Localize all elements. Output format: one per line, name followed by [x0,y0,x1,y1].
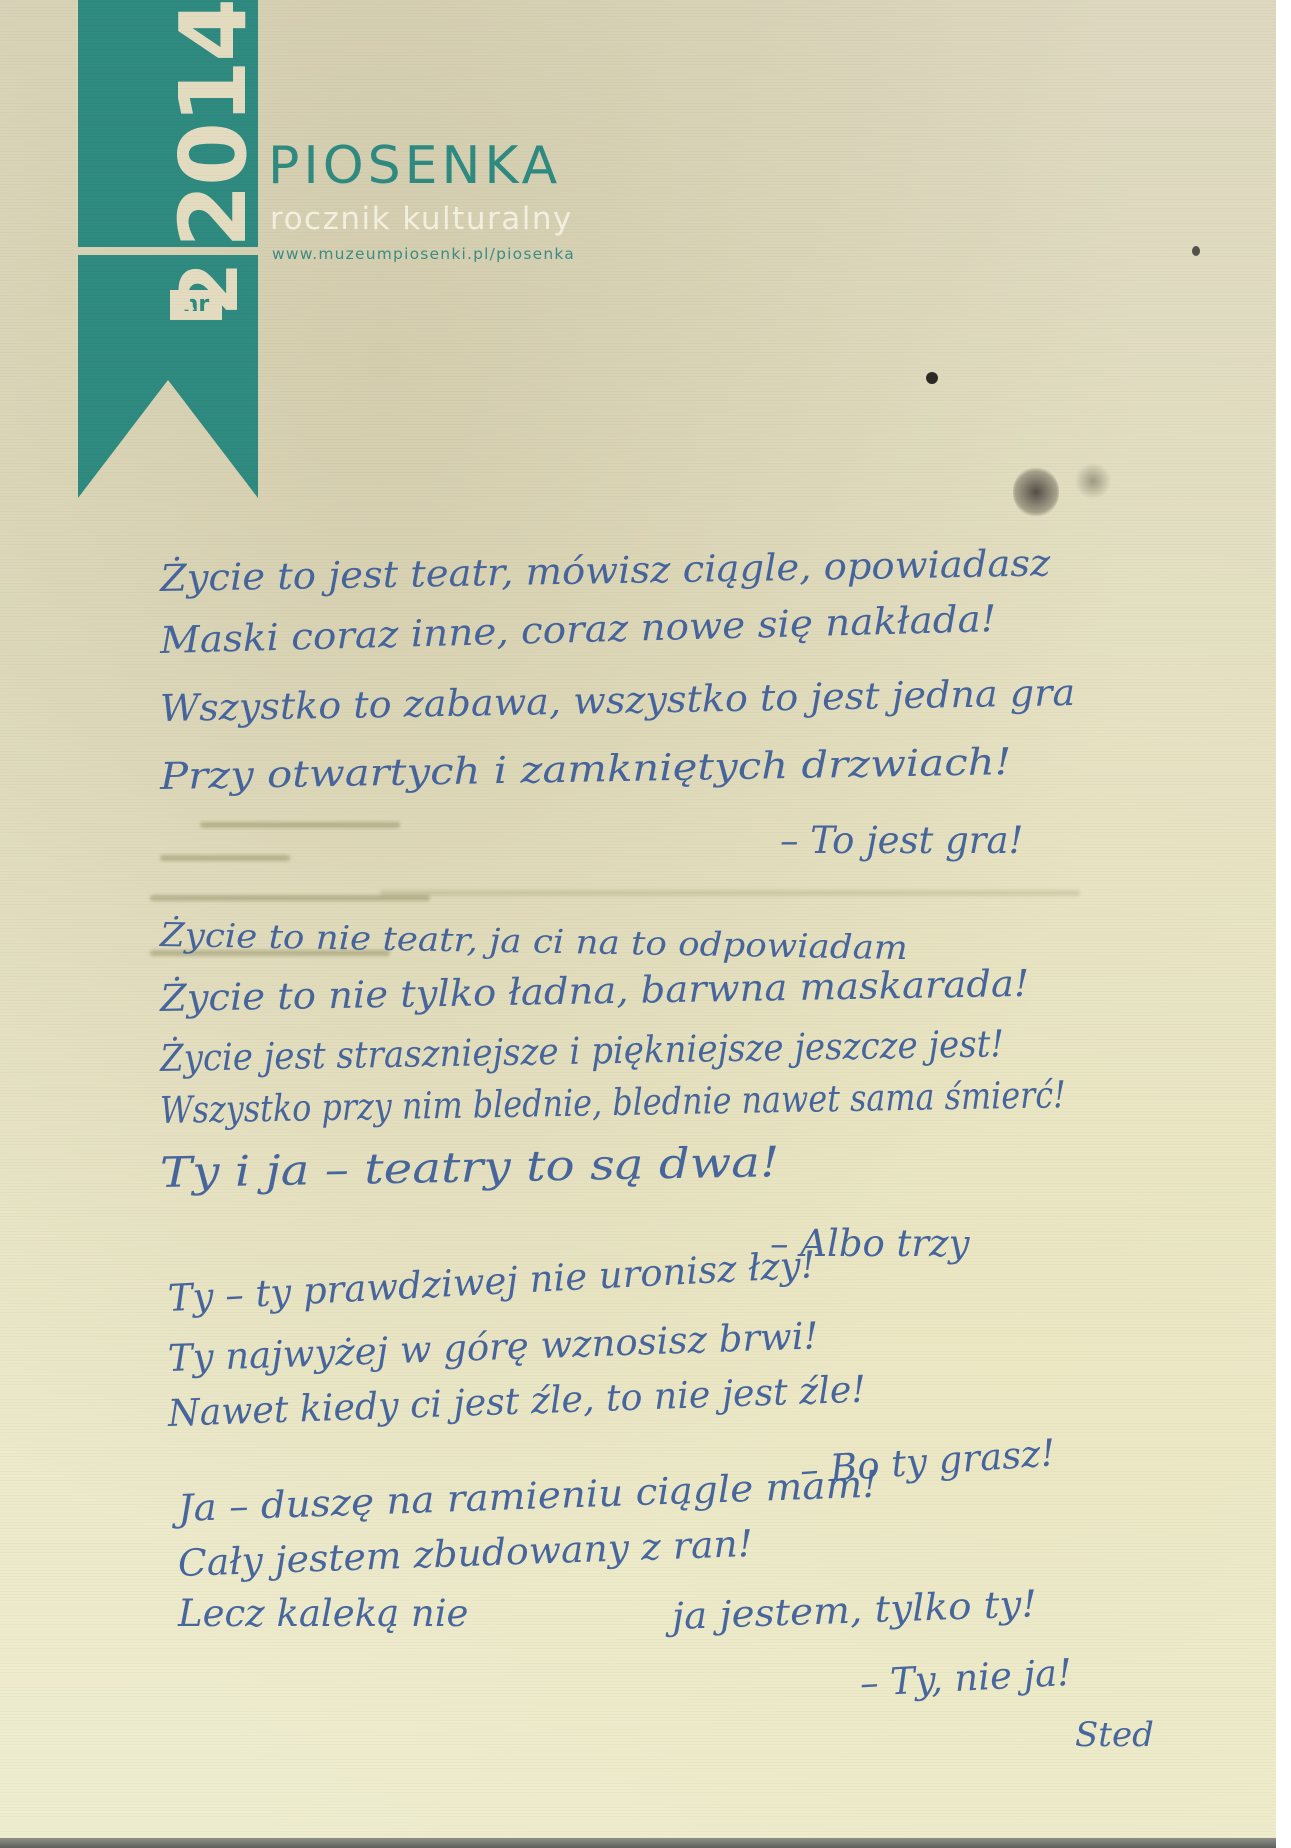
issue-year: 2014 [168,0,260,248]
lyric-line-refrain: – To jest gra! [780,822,1023,859]
lyric-line: Cały jestem zbudowany z ran! [177,1525,753,1582]
magazine-subtitle: rocznik kulturalny [270,204,573,235]
lyric-line: Wszystko przy nim blednie, blednie nawet… [160,1076,1067,1129]
ink-stain-small [1075,462,1111,500]
crease-mark [160,855,290,861]
lyric-line: Życie to nie tylko ładna, barwna maskara… [160,965,1030,1017]
lyric-line: Nawet kiedy ci jest źle, to nie jest źle… [167,1371,866,1432]
issue-number: 2 [172,262,250,316]
lyric-line: Maski coraz inne, coraz nowe się nakłada… [160,600,997,659]
magazine-cover: 2014 nr 2 PIOSENKA rocznik kulturalny ww… [0,0,1276,1838]
lyric-line: Ty najwyżej w górę wznosisz brwi! [167,1317,819,1377]
lyric-line: Wszystko to zabawa, wszystko to jest jed… [160,674,1076,727]
lyric-line: Przy otwartych i zamkniętych drzwiach! [160,743,1012,795]
lyric-line: Ty i ja – teatry to są dwa! [160,1141,780,1194]
lyric-line: ja jestem, tylko ty! [671,1585,1037,1635]
lyric-line-refrain: – Ty, nie ja! [859,1654,1073,1702]
speck-mark [1192,246,1200,256]
lyric-line: Ty – ty prawdziwej nie uronisz łzy! [167,1246,816,1317]
lyric-line: Życie jest straszniejsze i piękniejsze j… [160,1025,1005,1077]
dot-mark [926,372,938,384]
lyric-line-crossed: Życie to nie teatr, ja ci na to odpowiad… [160,918,908,964]
scan-edge [0,1838,1276,1848]
magazine-url[interactable]: www.muzeumpiosenki.pl/piosenka [272,247,575,263]
author-signature: Sted [1075,1718,1154,1752]
magazine-title: PIOSENKA [268,140,561,192]
lyric-line: Lecz kaleką nie [178,1595,468,1632]
crease-mark [380,890,1080,896]
lyric-line: Ja – duszę na ramieniu ciągle mam! [177,1466,878,1527]
ink-stain [1013,466,1059,518]
lyric-line: Życie to jest teatr, mówisz ciągle, opow… [160,544,1051,597]
crease-mark [200,822,400,828]
